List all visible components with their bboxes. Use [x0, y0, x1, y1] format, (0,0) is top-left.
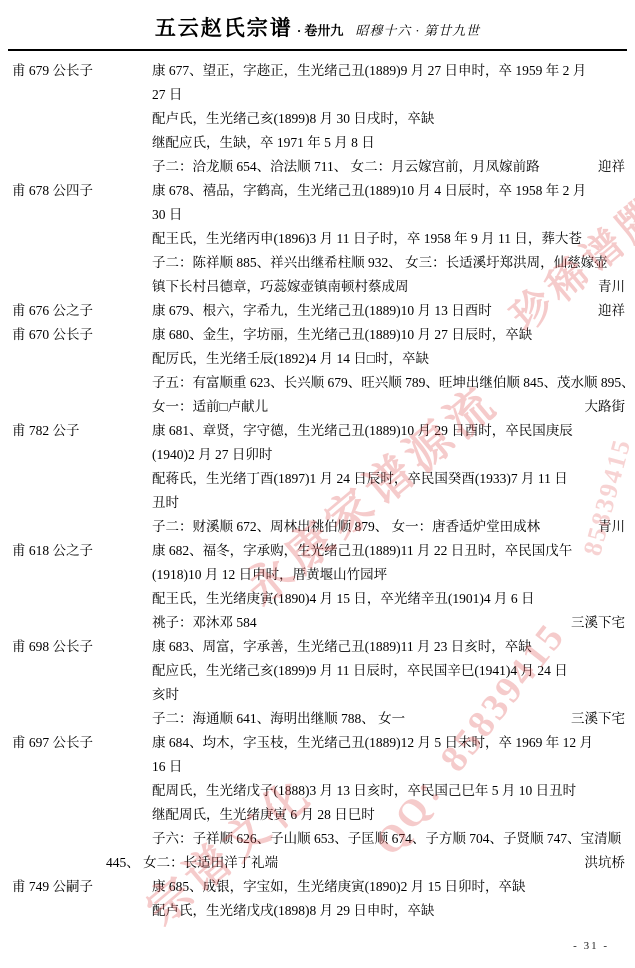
entry-line-text: 亥时: [152, 683, 179, 707]
entry-line-text: 康 680、金生，字坊丽，生光绪己丑(1889)10 月 27 日辰时，卒缺: [152, 323, 532, 347]
entry-line-text: 27 日: [152, 83, 182, 107]
entry-line: 康 680、金生，字坊丽，生光绪己丑(1889)10 月 27 日辰时，卒缺: [152, 323, 625, 347]
entry-line-text: 子六：子祥顺 626、子山顺 653、子匡顺 674、子方顺 704、子贤顺 7…: [152, 827, 621, 851]
entry-line: 配王氏，生光绪庚寅(1890)4 月 15 日，卒光绪辛丑(1901)4 月 6…: [152, 587, 625, 611]
entry-line-text: 配周氏，生光绪戊子(1888)3 月 13 日亥时，卒民国己巳年 5 月 10 …: [152, 779, 576, 803]
entry-lines: 康 682、福冬，字承购，生光绪己丑(1889)11 月 22 日丑时，卒民国戊…: [152, 539, 625, 635]
entry-line: (1940)2 月 27 日卯时: [152, 443, 625, 467]
residence-place-label: 青川: [598, 275, 625, 299]
entry-line: 康 677、望正，字趂正，生光绪己丑(1889)9 月 27 日申时，卒 195…: [152, 59, 625, 83]
entry-line: 康 685、成银，字宝如，生光绪庚寅(1890)2 月 15 日卯时，卒缺: [152, 875, 625, 899]
page-header: 五云赵氏宗谱· 卷卅九昭穆十六 · 第廿九世: [0, 0, 635, 42]
residence-place-label: 三溪下宅: [571, 611, 625, 635]
entry-line: 康 683、周富，字承善，生光绪己丑(1889)11 月 23 日亥时，卒缺: [152, 635, 625, 659]
entry-line-text: 445、 女二：长适田洋丁礼端: [106, 851, 278, 875]
entry-line: 子六：子祥顺 626、子山顺 653、子匡顺 674、子方顺 704、子贤顺 7…: [152, 827, 625, 851]
entry-line-text: 康 684、均木，字玉枝，生光绪己丑(1889)12 月 5 日未时，卒 196…: [152, 731, 593, 755]
entry-line: 子二：海通顺 641、海明出继顺 788、 女一三溪下宅: [152, 707, 625, 731]
genealogy-page: 五云赵氏宗谱· 卷卅九昭穆十六 · 第廿九世 甫 679 公长子康 677、望正…: [0, 0, 635, 968]
entry-line-text: 子五：有富顺重 623、长兴顺 679、旺兴顺 789、旺坤出继伯顺 845、茂…: [152, 371, 635, 395]
entry-line-text: (1940)2 月 27 日卯时: [152, 443, 272, 467]
entry-line-text: 康 685、成银，字宝如，生光绪庚寅(1890)2 月 15 日卯时，卒缺: [152, 875, 526, 899]
generation-subtitle: 昭穆十六 · 第廿九世: [355, 23, 480, 38]
entry-line-text: 30 日: [152, 203, 182, 227]
entry-line: 30 日: [152, 203, 625, 227]
entry-line-text: 康 681、章贤，字守德，生光绪己丑(1889)10 月 29 日酉时，卒民国庚…: [152, 419, 573, 443]
entry-lines: 康 679、根六，字希九，生光绪己丑(1889)10 月 13 日酉时迎祥: [152, 299, 625, 323]
entry-line: 继配应氏，生缺，卒 1971 年 5 月 8 日: [152, 131, 625, 155]
entry-line: 子二：洽龙顺 654、洽法顺 711、 女二：月云嫁宫前，月凤嫁前路迎祥: [152, 155, 625, 179]
entry-line: 子二：陈祥顺 885、祥兴出继希柱顺 932、 女三：长适溪圩郑洪周，仙慈嫁壶: [152, 251, 625, 275]
entry-line: 亥时: [152, 683, 625, 707]
entry-lines: 康 681、章贤，字守德，生光绪己丑(1889)10 月 29 日酉时，卒民国庚…: [152, 419, 625, 539]
volume-label: · 卷卅九: [297, 23, 344, 38]
entry-father-label: 甫 676 公之子: [10, 299, 152, 323]
page-number: - 31 -: [573, 940, 609, 952]
residence-place-label: 洪坑桥: [585, 851, 626, 875]
entry-line-text: 丑时: [152, 491, 179, 515]
entry-lines: 康 680、金生，字坊丽，生光绪己丑(1889)10 月 27 日辰时，卒缺配厉…: [152, 323, 625, 419]
entry-line: 配厉氏，生光绪壬辰(1892)4 月 14 日□时，卒缺: [152, 347, 625, 371]
entry-line: 配周氏，生光绪戊子(1888)3 月 13 日亥时，卒民国己巳年 5 月 10 …: [152, 779, 625, 803]
entry-line-text: 子二：海通顺 641、海明出继顺 788、 女一: [152, 707, 405, 731]
entry-line: 配应氏，生光绪己亥(1899)9 月 11 日辰时，卒民国辛巳(1941)4 月…: [152, 659, 625, 683]
entry-line-text: 康 683、周富，字承善，生光绪己丑(1889)11 月 23 日亥时，卒缺: [152, 635, 532, 659]
entry-line-text: 子二：财溪顺 672、周林出祧伯顺 879、 女一：唐香适炉堂田成林: [152, 515, 540, 539]
entry-line-text: 配厉氏，生光绪壬辰(1892)4 月 14 日□时，卒缺: [152, 347, 429, 371]
entry-line: 康 681、章贤，字守德，生光绪己丑(1889)10 月 29 日酉时，卒民国庚…: [152, 419, 625, 443]
residence-place-label: 大路街: [585, 395, 626, 419]
entry-line-text: 配卢氏，生光绪己亥(1899)8 月 30 日戌时，卒缺: [152, 107, 434, 131]
entry-line-text: 子二：洽龙顺 654、洽法顺 711、 女二：月云嫁宫前，月凤嫁前路: [152, 155, 540, 179]
residence-place-label: 迎祥: [598, 299, 625, 323]
entry-line-text: 配应氏，生光绪己亥(1899)9 月 11 日辰时，卒民国辛巳(1941)4 月…: [152, 659, 568, 683]
book-title: 五云赵氏宗谱: [155, 16, 293, 40]
entry-line-text: 康 682、福冬，字承购，生光绪己丑(1889)11 月 22 日丑时，卒民国戊…: [152, 539, 572, 563]
entry-line: 配王氏，生光绪丙申(1896)3 月 11 日子时，卒 1958 年 9 月 1…: [152, 227, 625, 251]
entry-line: 配卢氏，生光绪戊戌(1898)8 月 29 日申时，卒缺: [152, 899, 625, 923]
entry-father-label: 甫 670 公长子: [10, 323, 152, 419]
entry-line-text: 配王氏，生光绪丙申(1896)3 月 11 日子时，卒 1958 年 9 月 1…: [152, 227, 582, 251]
entry-line: 继配周氏，生光绪庚寅 6 月 28 日巳时: [152, 803, 625, 827]
entry-line-text: 继配应氏，生缺，卒 1971 年 5 月 8 日: [152, 131, 375, 155]
entry-line-text: 配卢氏，生光绪戊戌(1898)8 月 29 日申时，卒缺: [152, 899, 434, 923]
entry-father-label: 甫 678 公四子: [10, 179, 152, 299]
entry-lines: 康 684、均木，字玉枝，生光绪己丑(1889)12 月 5 日未时，卒 196…: [152, 731, 625, 875]
entry-line: 镇下长村吕德章，巧蕊嫁壶镇南顿村蔡成周青川: [152, 275, 625, 299]
entry-line: 配卢氏，生光绪己亥(1899)8 月 30 日戌时，卒缺: [152, 107, 625, 131]
genealogy-entries: 甫 679 公长子康 677、望正，字趂正，生光绪己丑(1889)9 月 27 …: [0, 57, 635, 923]
entry-line-text: 康 678、禧品，字鹤高，生光绪己丑(1889)10 月 4 日辰时，卒 195…: [152, 179, 586, 203]
entry-line: 子五：有富顺重 623、长兴顺 679、旺兴顺 789、旺坤出继伯顺 845、茂…: [152, 371, 625, 395]
entry-row: 甫 676 公之子康 679、根六，字希九，生光绪己丑(1889)10 月 13…: [10, 299, 625, 323]
entry-line-text: 配蒋氏，生光绪丁酉(1897)1 月 24 日辰时，卒民国癸酉(1933)7 月…: [152, 467, 568, 491]
entry-line-text: 女一：适前□卢献儿: [152, 395, 268, 419]
entry-line: 丑时: [152, 491, 625, 515]
entry-line: 子二：财溪顺 672、周林出祧伯顺 879、 女一：唐香适炉堂田成林青川: [152, 515, 625, 539]
entry-line: 康 678、禧品，字鹤高，生光绪己丑(1889)10 月 4 日辰时，卒 195…: [152, 179, 625, 203]
entry-father-label: 甫 749 公嗣子: [10, 875, 152, 923]
entry-row: 甫 679 公长子康 677、望正，字趂正，生光绪己丑(1889)9 月 27 …: [10, 59, 625, 179]
entry-line: 康 679、根六，字希九，生光绪己丑(1889)10 月 13 日酉时迎祥: [152, 299, 625, 323]
entry-line-text: 祧子：邓沐邓 584: [152, 611, 257, 635]
entry-row: 甫 698 公长子康 683、周富，字承善，生光绪己丑(1889)11 月 23…: [10, 635, 625, 731]
entry-line-text: 康 677、望正，字趂正，生光绪己丑(1889)9 月 27 日申时，卒 195…: [152, 59, 586, 83]
entry-line-text: 镇下长村吕德章，巧蕊嫁壶镇南顿村蔡成周: [152, 275, 409, 299]
entry-line: 16 日: [152, 755, 625, 779]
header-divider: [8, 49, 627, 51]
entry-line: (1918)10 月 12 日申时，厝黄堰山竹园坪: [152, 563, 625, 587]
entry-lines: 康 678、禧品，字鹤高，生光绪己丑(1889)10 月 4 日辰时，卒 195…: [152, 179, 625, 299]
entry-row: 甫 782 公子康 681、章贤，字守德，生光绪己丑(1889)10 月 29 …: [10, 419, 625, 539]
entry-father-label: 甫 679 公长子: [10, 59, 152, 179]
residence-place-label: 三溪下宅: [571, 707, 625, 731]
entry-line: 祧子：邓沐邓 584三溪下宅: [152, 611, 625, 635]
entry-lines: 康 683、周富，字承善，生光绪己丑(1889)11 月 23 日亥时，卒缺配应…: [152, 635, 625, 731]
entry-row: 甫 678 公四子康 678、禧品，字鹤高，生光绪己丑(1889)10 月 4 …: [10, 179, 625, 299]
entry-row: 甫 749 公嗣子康 685、成银，字宝如，生光绪庚寅(1890)2 月 15 …: [10, 875, 625, 923]
entry-line: 445、 女二：长适田洋丁礼端洪坑桥: [106, 851, 625, 875]
entry-line: 女一：适前□卢献儿大路街: [152, 395, 625, 419]
entry-line: 27 日: [152, 83, 625, 107]
entry-row: 甫 697 公长子康 684、均木，字玉枝，生光绪己丑(1889)12 月 5 …: [10, 731, 625, 875]
entry-line-text: 配王氏，生光绪庚寅(1890)4 月 15 日，卒光绪辛丑(1901)4 月 6…: [152, 587, 534, 611]
entry-line: 配蒋氏，生光绪丁酉(1897)1 月 24 日辰时，卒民国癸酉(1933)7 月…: [152, 467, 625, 491]
entry-father-label: 甫 618 公之子: [10, 539, 152, 635]
entry-line-text: (1918)10 月 12 日申时，厝黄堰山竹园坪: [152, 563, 387, 587]
residence-place-label: 青川: [598, 515, 625, 539]
residence-place-label: 迎祥: [598, 155, 625, 179]
entry-father-label: 甫 782 公子: [10, 419, 152, 539]
entry-line-text: 康 679、根六，字希九，生光绪己丑(1889)10 月 13 日酉时: [152, 299, 492, 323]
entry-row: 甫 618 公之子康 682、福冬，字承购，生光绪己丑(1889)11 月 22…: [10, 539, 625, 635]
entry-lines: 康 677、望正，字趂正，生光绪己丑(1889)9 月 27 日申时，卒 195…: [152, 59, 625, 179]
entry-line-text: 16 日: [152, 755, 182, 779]
entry-lines: 康 685、成银，字宝如，生光绪庚寅(1890)2 月 15 日卯时，卒缺配卢氏…: [152, 875, 625, 923]
entry-line-text: 继配周氏，生光绪庚寅 6 月 28 日巳时: [152, 803, 375, 827]
entry-line: 康 684、均木，字玉枝，生光绪己丑(1889)12 月 5 日未时，卒 196…: [152, 731, 625, 755]
entry-line-text: 子二：陈祥顺 885、祥兴出继希柱顺 932、 女三：长适溪圩郑洪周，仙慈嫁壶: [152, 251, 608, 275]
entry-row: 甫 670 公长子康 680、金生，字坊丽，生光绪己丑(1889)10 月 27…: [10, 323, 625, 419]
entry-father-label: 甫 698 公长子: [10, 635, 152, 731]
entry-line: 康 682、福冬，字承购，生光绪己丑(1889)11 月 22 日丑时，卒民国戊…: [152, 539, 625, 563]
